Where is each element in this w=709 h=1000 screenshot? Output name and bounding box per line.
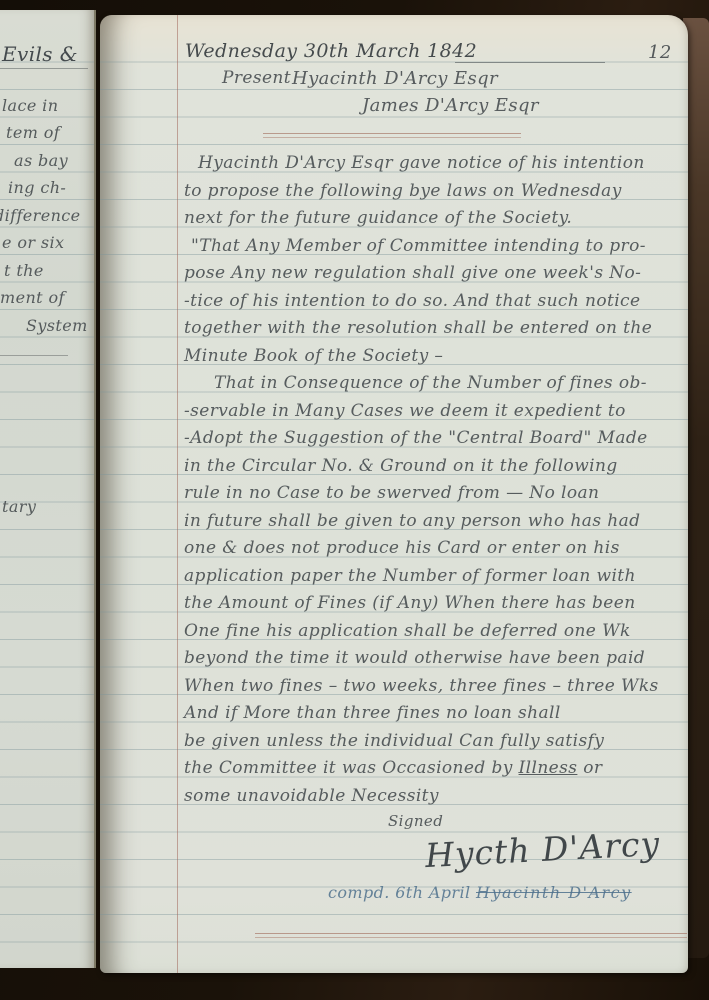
signed-label: Signed (388, 812, 443, 830)
pencil-line (0, 355, 68, 356)
red-rule-top (263, 133, 521, 138)
red-margin-line (177, 15, 178, 973)
manuscript-line: be given unless the individual Can fully… (184, 728, 666, 756)
line-text: the Committee it was Occasioned by (184, 758, 519, 778)
manuscript-line: one & does not produce his Card or enter… (184, 535, 666, 563)
manuscript-line: Minute Book of the Society – (184, 343, 666, 371)
manuscript-line: When two fines – two weeks, three fines … (184, 673, 666, 701)
present-label: Present (222, 68, 291, 88)
left-fragment: ment of (0, 288, 65, 307)
attendee-name: Hyacinth D'Arcy Esqr (292, 68, 498, 89)
left-fragment: System (26, 316, 88, 335)
manuscript-line: That in Consequence of the Number of fin… (184, 370, 666, 398)
manuscript-line: "That Any Member of Committee intending … (184, 233, 666, 261)
manuscript-body: Hyacinth D'Arcy Esqr gave notice of his … (184, 150, 666, 810)
left-page-heading: Evils & (2, 42, 78, 66)
right-page: Wednesday 30th March 1842 12 Present Hya… (100, 15, 688, 973)
manuscript-line: One fine his application shall be deferr… (184, 618, 666, 646)
manuscript-line: application paper the Number of former l… (184, 563, 666, 591)
manuscript-line: the Amount of Fines (if Any) When there … (184, 590, 666, 618)
left-fragment: difference (0, 206, 81, 225)
manuscript-line: to propose the following bye laws on Wed… (184, 178, 666, 206)
red-rule-bottom (255, 933, 687, 938)
manuscript-line: rule in no Case to be swerved from — No … (184, 480, 666, 508)
left-fragment: e or six (2, 233, 64, 252)
left-fragment: as bay (14, 151, 68, 170)
manuscript-line: -tice of his intention to do so. And tha… (184, 288, 666, 316)
date-dash-line (455, 62, 605, 63)
manuscript-line: pose Any new regulation shall give one w… (184, 260, 666, 288)
left-fragment: tem of (6, 123, 60, 142)
manuscript-line: together with the resolution shall be en… (184, 315, 666, 343)
completion-prefix: compd. 6th April (328, 883, 476, 902)
left-fragment: ing ch- (8, 178, 66, 197)
manuscript-line: Hyacinth D'Arcy Esqr gave notice of his … (184, 150, 666, 178)
manuscript-line: beyond the time it would otherwise have … (184, 645, 666, 673)
date-line: Wednesday 30th March 1842 (185, 40, 477, 62)
attendee-name: James D'Arcy Esqr (362, 95, 539, 116)
left-fragment: t the (4, 261, 44, 280)
page-number: 12 (648, 42, 672, 63)
completion-note: compd. 6th April Hyacinth D'Arcy (328, 883, 632, 902)
manuscript-line: -servable in Many Cases we deem it exped… (184, 398, 666, 426)
underlined-word: Illness (519, 758, 578, 778)
left-fragment: lace in (2, 96, 58, 115)
manuscript-line: -Adopt the Suggestion of the "Central Bo… (184, 425, 666, 453)
manuscript-photo: Evils & lace in tem of as bay ing ch- di… (0, 0, 709, 1000)
left-page: Evils & lace in tem of as bay ing ch- di… (0, 10, 96, 968)
manuscript-line: in the Circular No. & Ground on it the f… (184, 453, 666, 481)
manuscript-line: in future shall be given to any person w… (184, 508, 666, 536)
struck-name: Hyacinth D'Arcy (476, 883, 632, 902)
manuscript-line: some unavoidable Necessity (184, 783, 666, 811)
heading-underline (0, 68, 88, 69)
manuscript-line: next for the future guidance of the Soci… (184, 205, 666, 233)
line-text: or (577, 758, 602, 778)
manuscript-line: the Committee it was Occasioned by Illne… (184, 755, 666, 783)
manuscript-line: And if More than three fines no loan sha… (184, 700, 666, 728)
left-fragment: tary (2, 497, 36, 516)
